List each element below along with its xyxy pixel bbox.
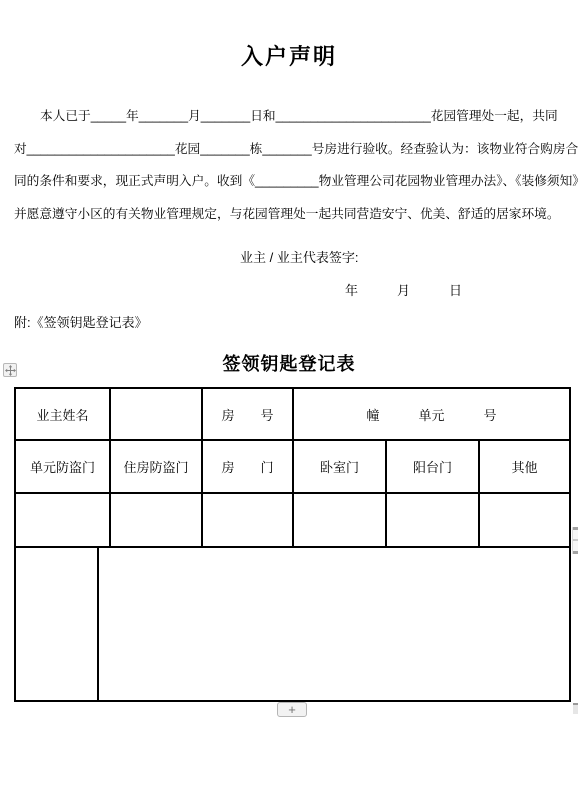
table-cell-empty[interactable]: [480, 494, 569, 546]
table-cell-unit-security-door[interactable]: 单元防盗门: [16, 441, 111, 492]
table-cell-bedroom-door[interactable]: 卧室门: [294, 441, 387, 492]
table-cell-empty[interactable]: [203, 494, 294, 546]
table-cell-empty[interactable]: [387, 494, 480, 546]
scrollbar-mark: [573, 527, 578, 530]
table-cell-empty[interactable]: [99, 548, 569, 700]
table-cell-empty[interactable]: [16, 548, 99, 700]
table-cell-balcony-door[interactable]: 阳台门: [387, 441, 480, 492]
table-cell-room-number[interactable]: 房 号: [203, 389, 294, 439]
table-row: [16, 494, 569, 548]
table-cell-owner-name-value[interactable]: [111, 389, 203, 439]
key-registration-table: 业主姓名 房 号 幢 单元 号 单元防盗门 住房防盗门 房 门 卧室门 阳台门 …: [14, 387, 571, 702]
table-cell-house-security-door[interactable]: 住房防盗门: [111, 441, 203, 492]
add-row-button[interactable]: +: [277, 702, 307, 717]
table-cell-owner-name[interactable]: 业主姓名: [16, 389, 111, 439]
table-cell-empty[interactable]: [111, 494, 203, 546]
table-row: 业主姓名 房 号 幢 单元 号: [16, 389, 569, 441]
table-cell-building-unit-number[interactable]: 幢 单元 号: [294, 389, 569, 439]
attachment-note: 附:《签领钥匙登记表》: [14, 312, 148, 331]
scrollbar-mark: [573, 551, 578, 554]
signature-label: 业主 / 业主代表签字:: [240, 247, 358, 266]
table-cell-empty[interactable]: [16, 494, 111, 546]
move-cross-icon: [5, 365, 16, 376]
table-move-handle[interactable]: [3, 363, 17, 377]
table-cell-empty[interactable]: [294, 494, 387, 546]
table-cell-room-door[interactable]: 房 门: [203, 441, 294, 492]
paragraph-line-2: 对_____________________花园_______栋_______号…: [14, 133, 570, 166]
document-page: 入户声明 本人已于_____年_______月_______日和________…: [0, 0, 578, 810]
paragraph-line-1: 本人已于_____年_______月_______日和_____________…: [14, 100, 570, 133]
paragraph-line-3: 同的条件和要求，现正式声明入户。收到《_________物业管理公司花园物业管理…: [14, 165, 570, 198]
declaration-paragraph: 本人已于_____年_______月_______日和_____________…: [14, 100, 570, 230]
document-title: 入户声明: [0, 40, 578, 71]
table-row: [16, 548, 569, 700]
scrollbar-mark: [573, 539, 578, 541]
date-line: 年 月 日: [345, 280, 462, 299]
paragraph-line-4: 并愿意遵守小区的有关物业管理规定，与花园管理处一起共同营造安宁、优美、舒适的居家…: [14, 198, 570, 231]
scrollbar-fragment[interactable]: [572, 527, 578, 554]
plus-icon: +: [288, 703, 296, 716]
table-cell-other[interactable]: 其他: [480, 441, 569, 492]
table-row: 单元防盗门 住房防盗门 房 门 卧室门 阳台门 其他: [16, 441, 569, 494]
table-title: 签领钥匙登记表: [0, 350, 578, 376]
scrollbar-corner-fragment: [573, 703, 578, 714]
